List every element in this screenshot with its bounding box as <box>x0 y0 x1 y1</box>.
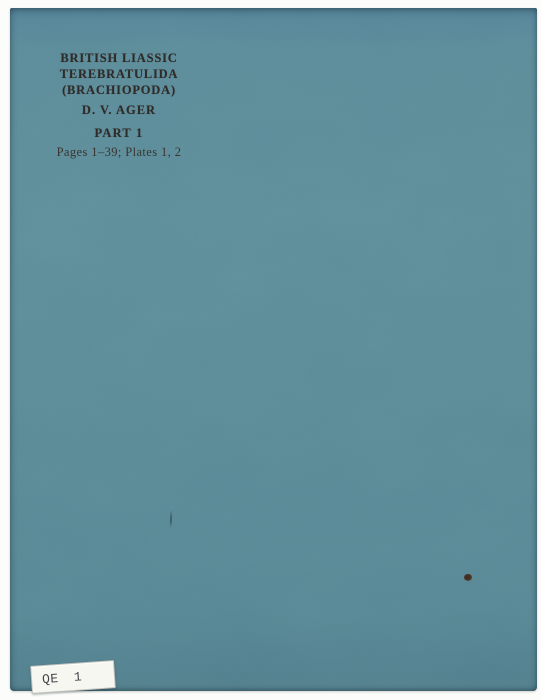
book-cover: BRITISH LIASSIC TEREBRATULIDA (BRACHIOPO… <box>10 8 537 691</box>
call-number-label: QE 1 <box>30 660 116 694</box>
title-line-3: (BRACHIOPODA) <box>38 82 200 98</box>
title-line-1: BRITISH LIASSIC <box>38 50 200 66</box>
call-number-text: QE 1 <box>32 669 83 687</box>
title-line-2: TEREBRATULIDA <box>38 66 200 82</box>
scratch-mark <box>170 510 173 528</box>
author-name: D. V. AGER <box>38 102 200 118</box>
part-number: PART 1 <box>38 125 200 141</box>
title-block: BRITISH LIASSIC TEREBRATULIDA (BRACHIOPO… <box>38 50 200 160</box>
pages-plates-info: Pages 1–39; Plates 1, 2 <box>38 144 200 160</box>
dirt-speck <box>464 574 472 581</box>
scanned-photo: BRITISH LIASSIC TEREBRATULIDA (BRACHIOPO… <box>0 0 541 700</box>
